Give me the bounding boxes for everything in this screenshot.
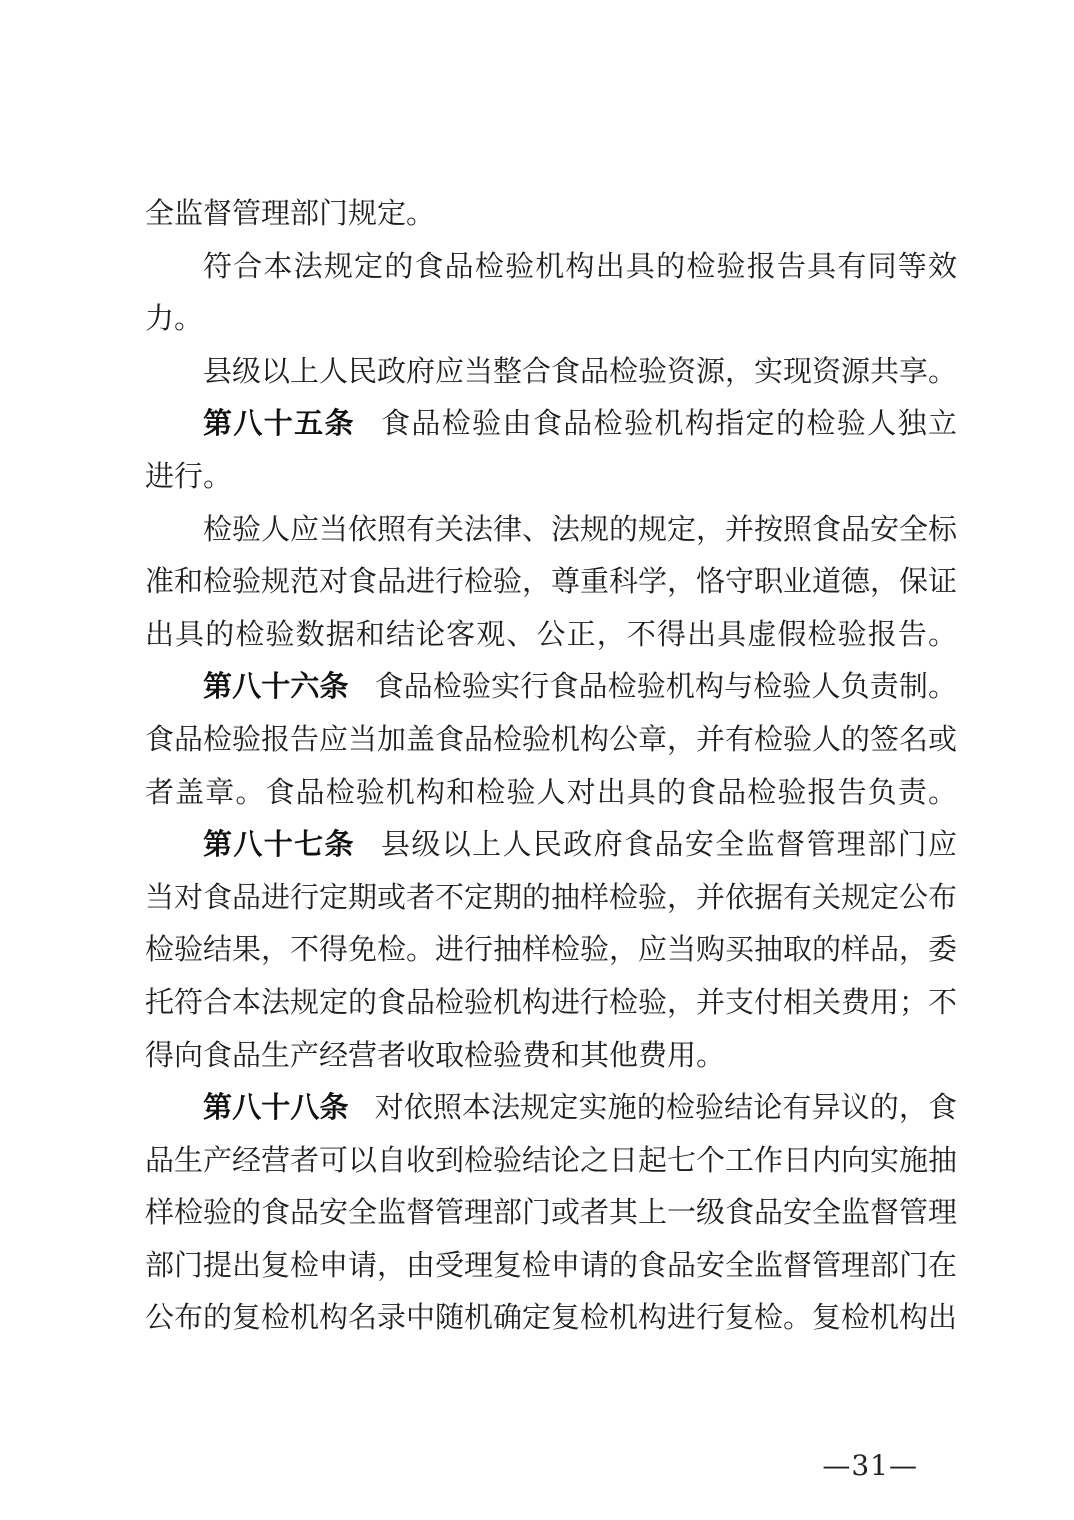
- text-line: 第八十五条食品检验由食品检验机构指定的检验人独立: [145, 398, 957, 451]
- text-line: 品生产经营者可以自收到检验结论之日起七个工作日内向实施抽: [145, 1135, 957, 1188]
- line-text: 检验结果，不得免检。进行抽样检验，应当购买抽取的样品，委: [145, 934, 957, 966]
- line-text: 县级以上人民政府应当整合食品检验资源，实现资源共享。: [203, 356, 957, 388]
- line-text: 品生产经营者可以自收到检验结论之日起七个工作日内向实施抽: [145, 1145, 957, 1177]
- text-line: 第八十七条县级以上人民政府食品安全监督管理部门应: [145, 819, 957, 872]
- text-line: 食品检验报告应当加盖食品检验机构公章，并有检验人的签名或: [145, 714, 957, 767]
- line-text: 食品检验报告应当加盖食品检验机构公章，并有检验人的签名或: [145, 724, 957, 756]
- text-line: 检验结果，不得免检。进行抽样检验，应当购买抽取的样品，委: [145, 924, 957, 977]
- text-line: 部门提出复检申请，由受理复检申请的食品安全监督管理部门在: [145, 1240, 957, 1293]
- line-text: 食品检验实行食品检验机构与检验人负责制。: [375, 671, 957, 703]
- article-number: 第八十六条: [203, 671, 349, 703]
- line-text: 者盖章。食品检验机构和检验人对出具的食品检验报告负责。: [145, 777, 957, 809]
- line-text: 当对食品进行定期或者不定期的抽样检验，并依据有关规定公布: [145, 882, 957, 914]
- line-text: 样检验的食品安全监督管理部门或者其上一级食品安全监督管理: [145, 1197, 957, 1229]
- line-text: 符合本法规定的食品检验机构出具的检验报告具有同等效: [203, 251, 957, 283]
- document-page: 全监督管理部门规定。符合本法规定的食品检验机构出具的检验报告具有同等效力。县级以…: [0, 0, 1074, 1520]
- text-line: 当对食品进行定期或者不定期的抽样检验，并依据有关规定公布: [145, 872, 957, 925]
- text-line: 出具的检验数据和结论客观、公正，不得出具虚假检验报告。: [145, 609, 957, 662]
- line-text: 准和检验规范对食品进行检验，尊重科学，恪守职业道德，保证: [145, 566, 957, 598]
- text-line: 公布的复检机构名录中随机确定复检机构进行复检。复检机构出: [145, 1292, 957, 1345]
- line-text: 对依照本法规定实施的检验结论有异议的，食: [375, 1092, 957, 1124]
- page-number: —31—: [822, 1448, 918, 1484]
- text-line: 得向食品生产经营者收取检验费和其他费用。: [145, 1030, 957, 1083]
- line-text: 部门提出复检申请，由受理复检申请的食品安全监督管理部门在: [145, 1250, 957, 1282]
- text-line: 县级以上人民政府应当整合食品检验资源，实现资源共享。: [145, 346, 957, 399]
- article-number: 第八十八条: [203, 1092, 349, 1124]
- text-line: 符合本法规定的食品检验机构出具的检验报告具有同等效: [145, 241, 957, 294]
- text-line: 托符合本法规定的食品检验机构进行检验，并支付相关费用；不: [145, 977, 957, 1030]
- text-line: 全监督管理部门规定。: [145, 188, 957, 241]
- text-line: 第八十六条食品检验实行食品检验机构与检验人负责制。: [145, 661, 957, 714]
- line-text: 得向食品生产经营者收取检验费和其他费用。: [145, 1040, 725, 1072]
- text-line: 第八十八条对依照本法规定实施的检验结论有异议的，食: [145, 1082, 957, 1135]
- article-number: 第八十五条: [203, 408, 355, 440]
- text-line: 力。: [145, 293, 957, 346]
- text-line: 样检验的食品安全监督管理部门或者其上一级食品安全监督管理: [145, 1187, 957, 1240]
- line-text: 县级以上人民政府食品安全监督管理部门应: [381, 829, 957, 861]
- line-text: 全监督管理部门规定。: [145, 198, 435, 230]
- text-line: 者盖章。食品检验机构和检验人对出具的食品检验报告负责。: [145, 767, 957, 820]
- line-text: 公布的复检机构名录中随机确定复检机构进行复检。复检机构出: [145, 1302, 957, 1334]
- text-line: 检验人应当依照有关法律、法规的规定，并按照食品安全标: [145, 504, 957, 557]
- line-text: 托符合本法规定的食品检验机构进行检验，并支付相关费用；不: [145, 987, 957, 1019]
- line-text: 食品检验由食品检验机构指定的检验人独立: [381, 408, 957, 440]
- text-line: 准和检验规范对食品进行检验，尊重科学，恪守职业道德，保证: [145, 556, 957, 609]
- line-text: 检验人应当依照有关法律、法规的规定，并按照食品安全标: [203, 514, 957, 546]
- line-text: 进行。: [145, 461, 232, 493]
- article-number: 第八十七条: [203, 829, 355, 861]
- line-text: 力。: [145, 303, 203, 335]
- line-text: 出具的检验数据和结论客观、公正，不得出具虚假检验报告。: [145, 619, 957, 651]
- text-line: 进行。: [145, 451, 957, 504]
- body-text: 全监督管理部门规定。符合本法规定的食品检验机构出具的检验报告具有同等效力。县级以…: [145, 188, 957, 1345]
